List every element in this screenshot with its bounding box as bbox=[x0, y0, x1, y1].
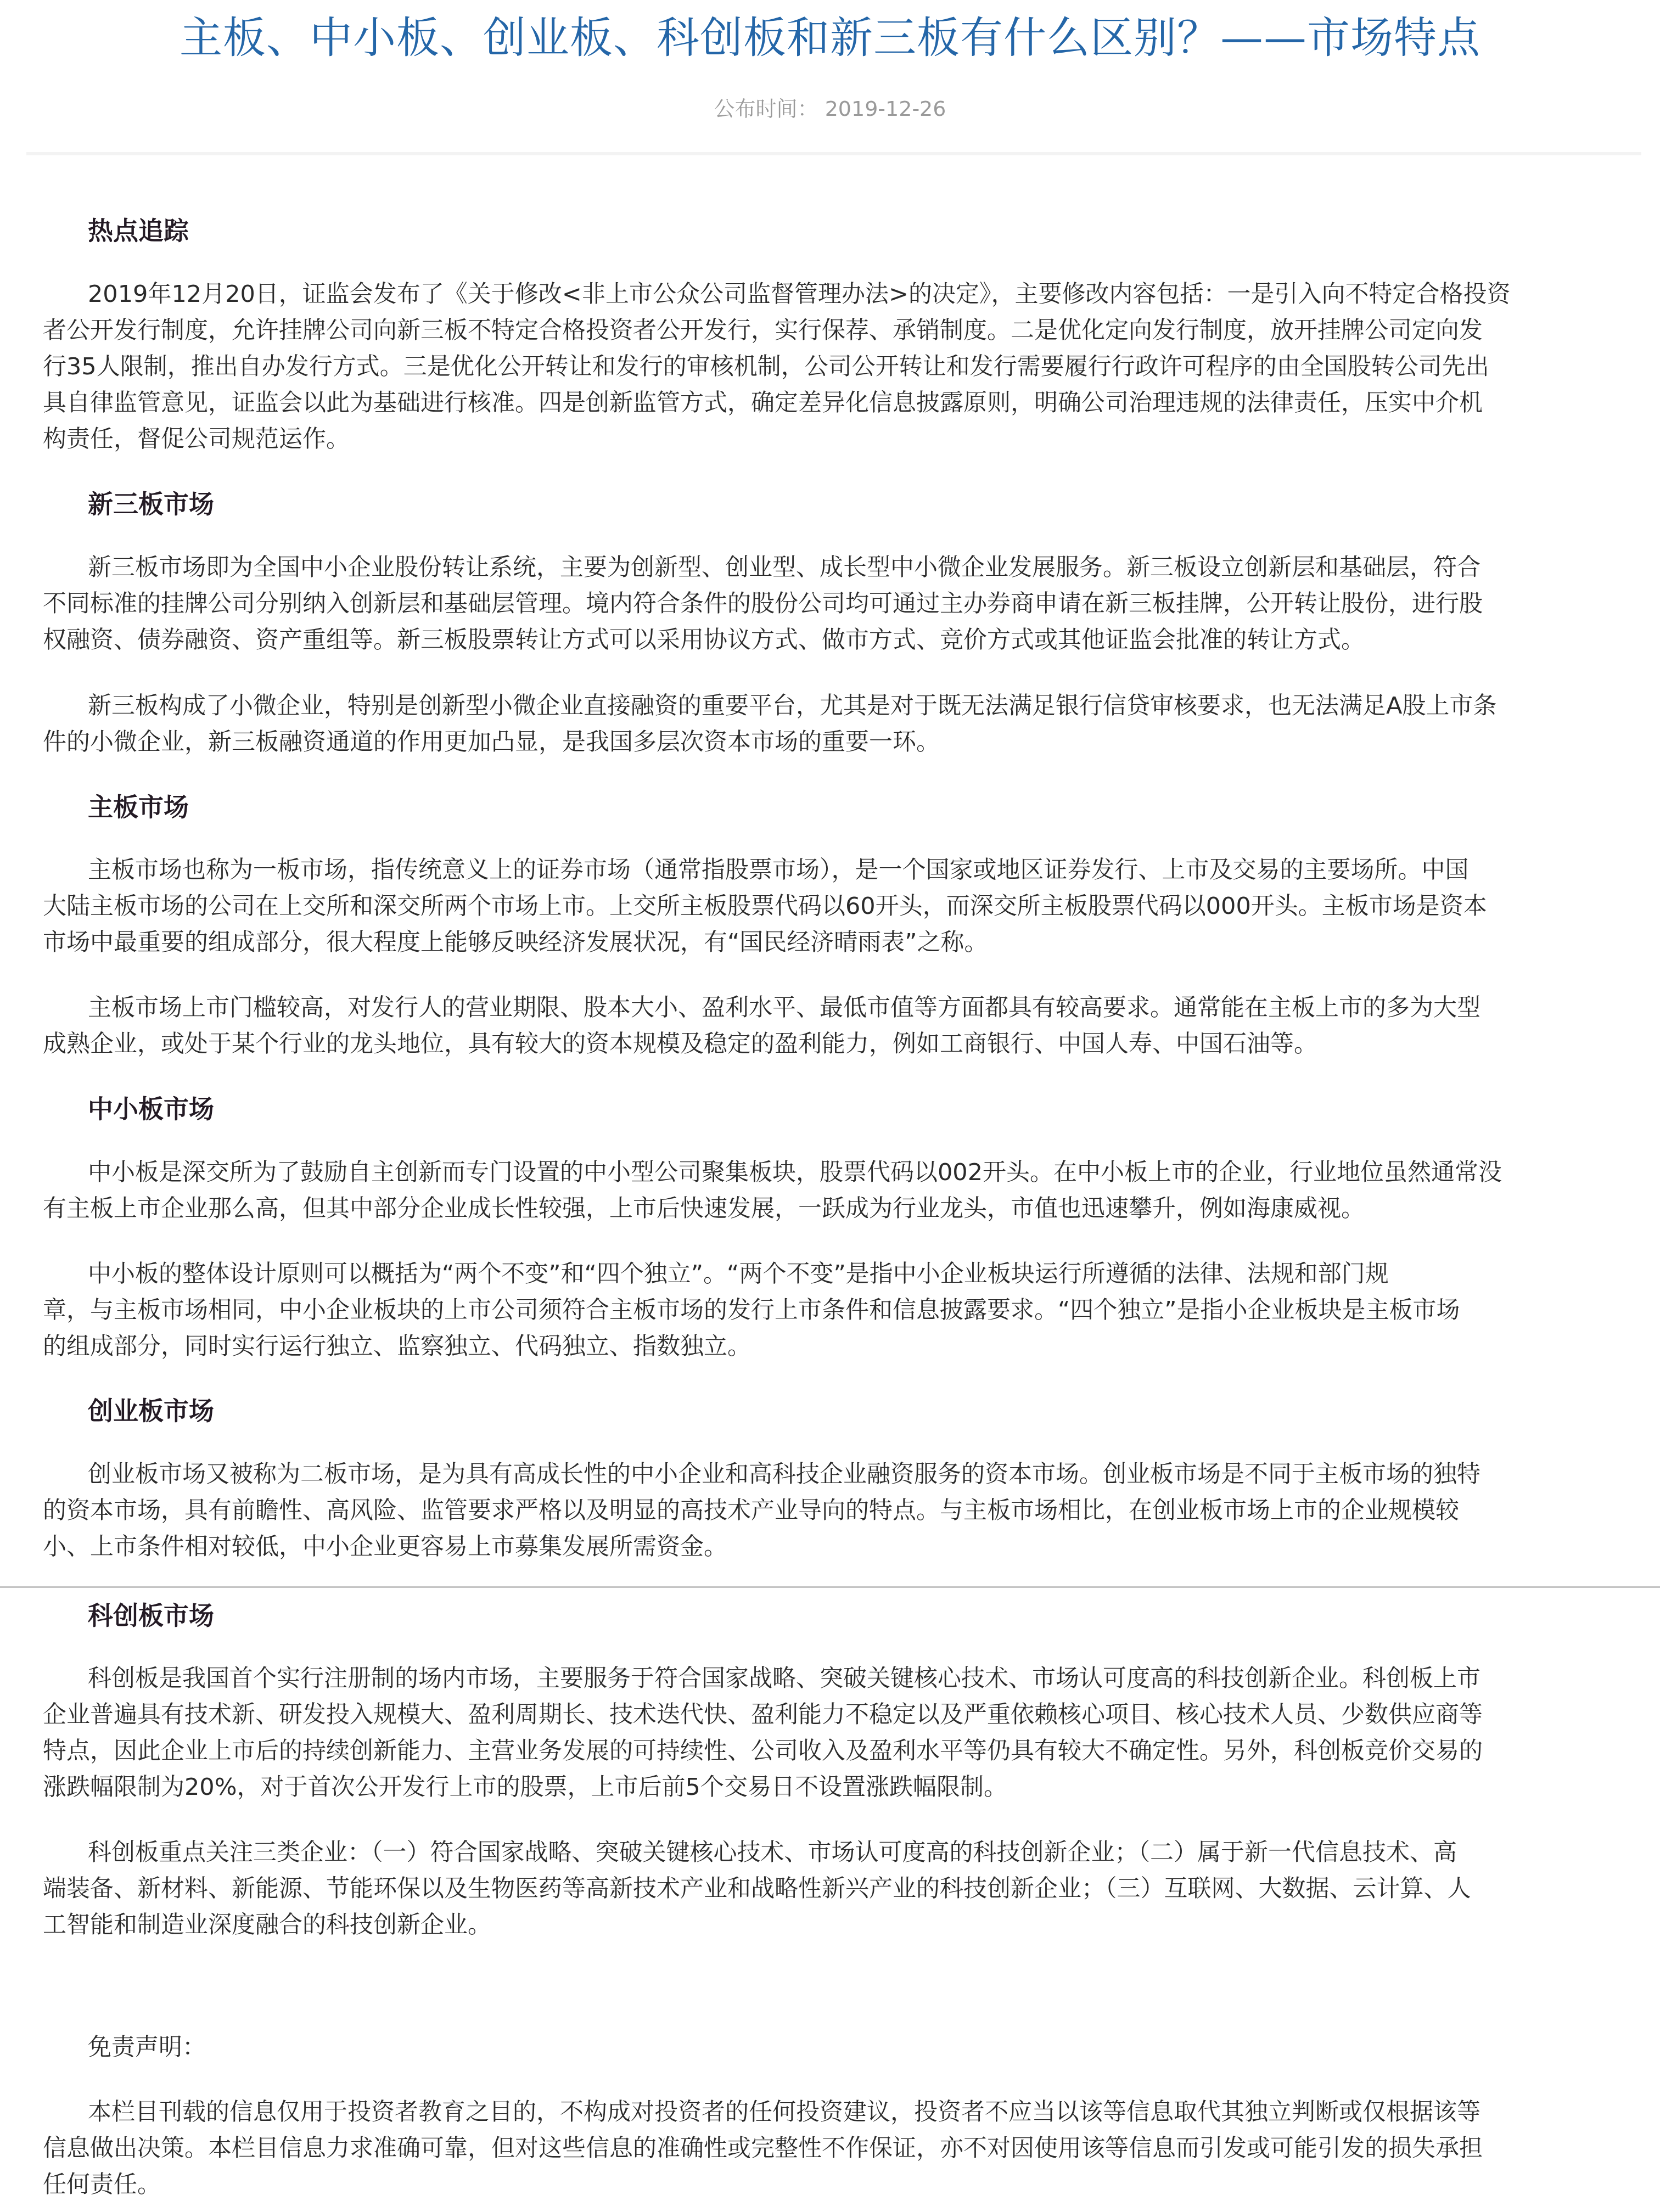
paragraph-line: 科创板重点关注三类企业：（一）符合国家战略、突破关键核心技术、市场认可度高的科技… bbox=[43, 1834, 1624, 1871]
paragraph: 创业板市场又被称为二板市场，是为具有高成长性的中小企业和高科技企业融资服务的资本… bbox=[43, 1456, 1624, 1565]
paragraph-line: 有主板上市企业那么高，但其中部分企业成长性较强，上市后快速发展，一跃成为行业龙头… bbox=[43, 1191, 1624, 1227]
paragraph-line: 构责任，督促公司规范运作。 bbox=[43, 421, 1624, 457]
paragraph: 中小板的整体设计原则可以概括为“两个不变”和“四个独立”。“两个不变”是指中小企… bbox=[43, 1256, 1624, 1365]
disclaimer-text: 本栏目刊载的信息仅用于投资者教育之目的，不构成对投资者的任何投资建议，投资者不应… bbox=[43, 2094, 1624, 2203]
paragraph-line: 企业普遍具有技术新、研发投入规模大、盈利周期长、技术迭代快、盈利能力不稳定以及严… bbox=[43, 1697, 1624, 1733]
paragraph-line: 市场中最重要的组成部分，很大程度上能够反映经济发展状况，有“国民经济晴雨表”之称… bbox=[43, 924, 1624, 961]
paragraph-line: 者公开发行制度，允许挂牌公司向新三板不特定合格投资者公开发行，实行保荐、承销制度… bbox=[43, 312, 1624, 349]
section-heading-sme-board: 中小板市场 bbox=[88, 1092, 214, 1125]
section-heading-hot-topics: 热点追踪 bbox=[88, 214, 189, 247]
paragraph: 中小板是深交所为了鼓励自主创新而专门设置的中小型公司聚集板块，股票代码以002开… bbox=[43, 1154, 1624, 1227]
publish-date-value: 2019-12-26 bbox=[825, 97, 946, 121]
paragraph-line: 工智能和制造业深度融合的科技创新企业。 bbox=[43, 1907, 1624, 1943]
paragraph-line: 权融资、债券融资、资产重组等。新三板股票转让方式可以采用协议方式、做市方式、竞价… bbox=[43, 622, 1624, 658]
section-heading-neeq: 新三板市场 bbox=[88, 487, 214, 520]
section-heading-main-board: 主板市场 bbox=[88, 790, 189, 823]
paragraph-line: 中小板是深交所为了鼓励自主创新而专门设置的中小型公司聚集板块，股票代码以002开… bbox=[43, 1154, 1624, 1191]
paragraph-line: 涨跌幅限制为20%，对于首次公开发行上市的股票，上市后前5个交易日不设置涨跌幅限… bbox=[43, 1769, 1624, 1805]
paragraph-line: 不同标准的挂牌公司分别纳入创新层和基础层管理。境内符合条件的股份公司均可通过主办… bbox=[43, 586, 1624, 622]
paragraph-line: 件的小微企业，新三板融资通道的作用更加凸显，是我国多层次资本市场的重要一环。 bbox=[43, 724, 1624, 760]
paragraph-line: 新三板市场即为全国中小企业股份转让系统，主要为创新型、创业型、成长型中小微企业发… bbox=[43, 549, 1624, 586]
paragraph-line: 的组成部分，同时实行运行独立、监察独立、代码独立、指数独立。 bbox=[43, 1328, 1624, 1365]
publish-date-label: 公布时间： bbox=[714, 97, 818, 121]
paragraph-line: 特点，因此企业上市后的持续创新能力、主营业务发展的可持续性、公司收入及盈利水平等… bbox=[43, 1733, 1624, 1769]
paragraph-line: 行35人限制，推出自办发行方式。三是优化公开转让和发行的审核机制，公司公开转让和… bbox=[43, 349, 1624, 385]
paragraph-line: 信息做出决策。本栏目信息力求准确可靠，但对这些信息的准确性或完整性不作保证，亦不… bbox=[43, 2130, 1624, 2166]
article-header: 主板、中小板、创业板、科创板和新三板有什么区别？——市场特点 公布时间： 201… bbox=[0, 0, 1660, 155]
paragraph-line: 任何责任。 bbox=[43, 2166, 1624, 2203]
paragraph-line: 2019年12月20日，证监会发布了《关于修改<非上市公众公司监督管理办法>的决… bbox=[43, 276, 1624, 312]
paragraph: 2019年12月20日，证监会发布了《关于修改<非上市公众公司监督管理办法>的决… bbox=[43, 276, 1624, 457]
paragraph-line: 创业板市场又被称为二板市场，是为具有高成长性的中小企业和高科技企业融资服务的资本… bbox=[43, 1456, 1624, 1492]
publish-date: 公布时间： 2019-12-26 bbox=[0, 94, 1660, 123]
paragraph-line: 小、上市条件相对较低，中小企业更容易上市募集发展所需资金。 bbox=[43, 1529, 1624, 1565]
header-divider bbox=[26, 152, 1641, 155]
paragraph: 主板市场也称为一板市场，指传统意义上的证券市场（通常指股票市场），是一个国家或地… bbox=[43, 852, 1624, 961]
paragraph-line: 主板市场也称为一板市场，指传统意义上的证券市场（通常指股票市场），是一个国家或地… bbox=[43, 852, 1624, 888]
paragraph-line: 端装备、新材料、新能源、节能环保以及生物医药等高新技术产业和战略性新兴产业的科技… bbox=[43, 1871, 1624, 1907]
section-heading-star-market: 科创板市场 bbox=[88, 1599, 214, 1632]
paragraph-line: 新三板构成了小微企业，特别是创新型小微企业直接融资的重要平台，尤其是对于既无法满… bbox=[43, 688, 1624, 724]
paragraph: 科创板重点关注三类企业：（一）符合国家战略、突破关键核心技术、市场认可度高的科技… bbox=[43, 1834, 1624, 1943]
paragraph-line: 主板市场上市门槛较高，对发行人的营业期限、股本大小、盈利水平、最低市值等方面都具… bbox=[43, 990, 1624, 1026]
paragraph-line: 具自律监管意见，证监会以此为基础进行核准。四是创新监管方式，确定差异化信息披露原… bbox=[43, 385, 1624, 421]
article-title: 主板、中小板、创业板、科创板和新三板有什么区别？——市场特点 bbox=[0, 12, 1660, 65]
paragraph-line: 的资本市场，具有前瞻性、高风险、监管要求严格以及明显的高技术产业导向的特点。与主… bbox=[43, 1492, 1624, 1529]
paragraph-line: 章，与主板市场相同，中小企业板块的上市公司须符合主板市场的发行上市条件和信息披露… bbox=[43, 1292, 1624, 1328]
paragraph: 新三板构成了小微企业，特别是创新型小微企业直接融资的重要平台，尤其是对于既无法满… bbox=[43, 688, 1624, 760]
disclaimer-label: 免责声明： bbox=[88, 2031, 206, 2064]
section-divider bbox=[0, 1586, 1660, 1588]
paragraph: 科创板是我国首个实行注册制的场内市场，主要服务于符合国家战略、突破关键核心技术、… bbox=[43, 1660, 1624, 1805]
paragraph-line: 中小板的整体设计原则可以概括为“两个不变”和“四个独立”。“两个不变”是指中小企… bbox=[43, 1256, 1624, 1292]
section-heading-chinext: 创业板市场 bbox=[88, 1394, 214, 1427]
paragraph-line: 科创板是我国首个实行注册制的场内市场，主要服务于符合国家战略、突破关键核心技术、… bbox=[43, 1660, 1624, 1697]
paragraph-line: 本栏目刊载的信息仅用于投资者教育之目的，不构成对投资者的任何投资建议，投资者不应… bbox=[43, 2094, 1624, 2130]
paragraph-line: 大陆主板市场的公司在上交所和深交所两个市场上市。上交所主板股票代码以60开头，而… bbox=[43, 888, 1624, 924]
paragraph: 主板市场上市门槛较高，对发行人的营业期限、股本大小、盈利水平、最低市值等方面都具… bbox=[43, 990, 1624, 1062]
paragraph-line: 成熟企业，或处于某个行业的龙头地位，具有较大的资本规模及稳定的盈利能力，例如工商… bbox=[43, 1026, 1624, 1062]
paragraph: 新三板市场即为全国中小企业股份转让系统，主要为创新型、创业型、成长型中小微企业发… bbox=[43, 549, 1624, 658]
